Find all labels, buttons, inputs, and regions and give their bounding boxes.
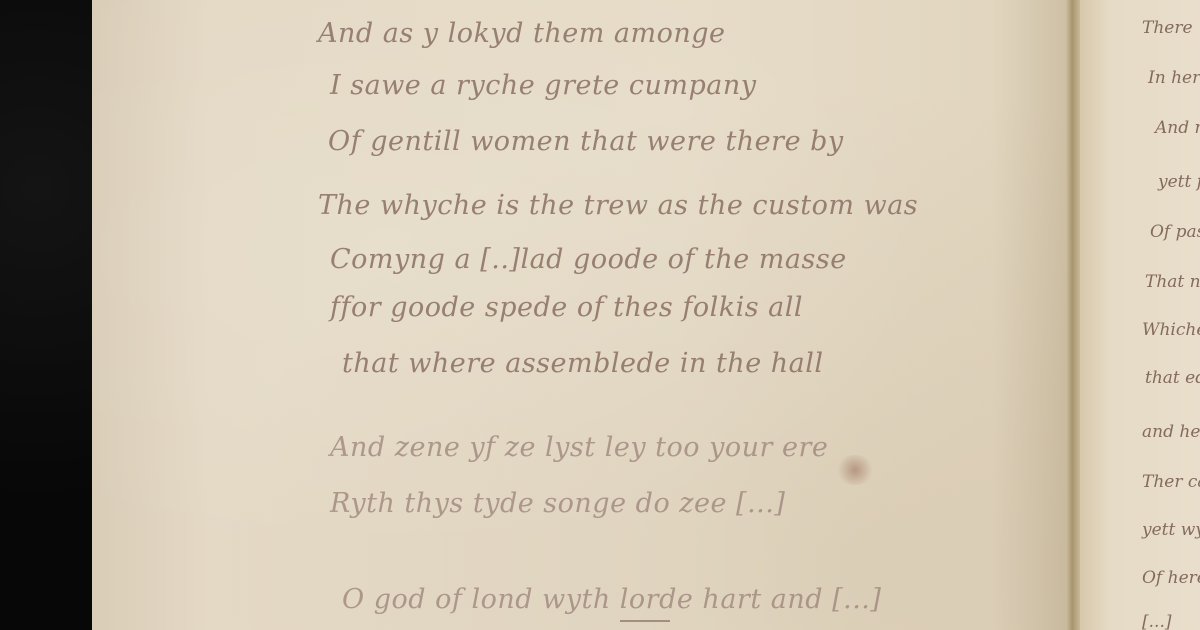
margin-fragment: Ther can <box>1142 472 1200 492</box>
margin-fragment: that ed m <box>1145 368 1200 388</box>
margin-fragment: Whiche <box>1142 320 1200 340</box>
margin-fragment: That n <box>1145 272 1200 292</box>
margin-fragment: And m <box>1155 118 1200 138</box>
margin-fragment: Of here <box>1142 568 1200 588</box>
margin-fragment: There <box>1142 18 1193 38</box>
right-page-text: There In here And m yett fo Of pass That… <box>0 0 1200 630</box>
margin-fragment: [...] <box>1142 612 1171 630</box>
margin-fragment: yett wyfs <box>1142 520 1200 540</box>
margin-fragment: In here <box>1148 68 1200 88</box>
margin-fragment: Of pass <box>1150 222 1200 242</box>
margin-fragment: yett fo <box>1158 172 1200 192</box>
margin-fragment: and here <box>1142 422 1200 442</box>
